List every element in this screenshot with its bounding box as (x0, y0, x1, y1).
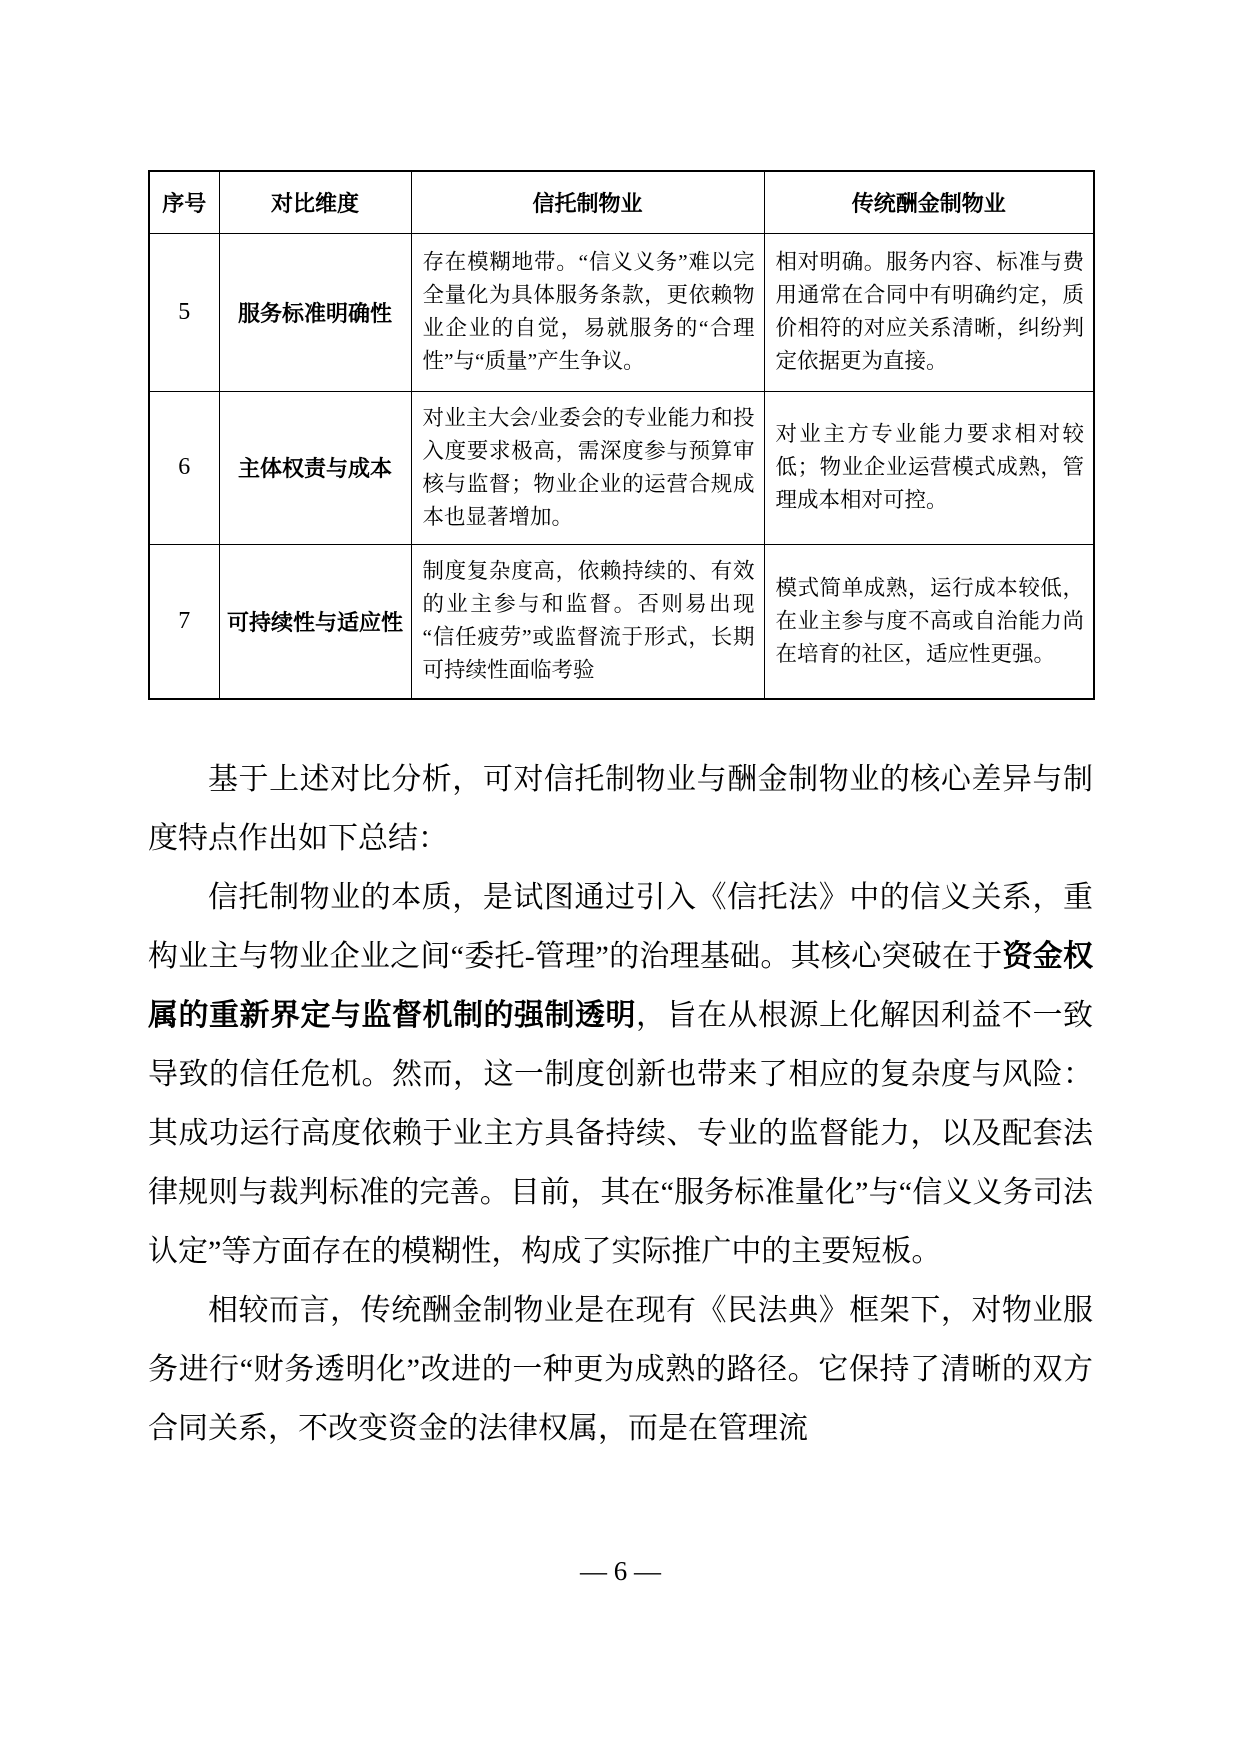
trust-property-analysis-paragraph: 信托制物业的本质，是试图通过引入《信托法》中的信义关系，重构业主与物业企业之间“… (148, 868, 1093, 1281)
table-row: 5 服务标准明确性 存在模糊地带。“信义义务”难以完全量化为具体服务条款，更依赖… (149, 233, 1094, 391)
header-comparison-dimension: 对比维度 (219, 171, 411, 233)
table-header-row: 序号 对比维度 信托制物业 传统酬金制物业 (149, 171, 1094, 233)
row-dimension: 可持续性与适应性 (219, 544, 411, 699)
row-dimension: 服务标准明确性 (219, 233, 411, 391)
summary-intro-paragraph: 基于上述对比分析，可对信托制物业与酬金制物业的核心差异与制度特点作出如下总结： (148, 750, 1093, 868)
page-number: — 6 — (0, 1556, 1241, 1587)
trust-cell: 对业主大会/业委会的专业能力和投入度要求极高，需深度参与预算审核与监督；物业企业… (411, 391, 764, 544)
row-dimension: 主体权责与成本 (219, 391, 411, 544)
header-trust-property: 信托制物业 (411, 171, 764, 233)
row-number: 5 (149, 233, 219, 391)
traditional-property-paragraph: 相较而言，传统酬金制物业是在现有《民法典》框架下，对物业服务进行“财务透明化”改… (148, 1281, 1093, 1458)
comparison-table: 序号 对比维度 信托制物业 传统酬金制物业 5 服务标准明确性 存在模糊地带。“… (148, 170, 1095, 700)
document-page: 序号 对比维度 信托制物业 传统酬金制物业 5 服务标准明确性 存在模糊地带。“… (0, 0, 1241, 1755)
header-traditional-property: 传统酬金制物业 (764, 171, 1094, 233)
body-text: 基于上述对比分析，可对信托制物业与酬金制物业的核心差异与制度特点作出如下总结： … (148, 750, 1093, 1458)
traditional-cell: 模式简单成熟，运行成本较低，在业主参与度不高或自治能力尚在培育的社区，适应性更强… (764, 544, 1094, 699)
table-row: 6 主体权责与成本 对业主大会/业委会的专业能力和投入度要求极高，需深度参与预算… (149, 391, 1094, 544)
table-row: 7 可持续性与适应性 制度复杂度高，依赖持续的、有效的业主参与和监督。否则易出现… (149, 544, 1094, 699)
traditional-cell: 对业主方专业能力要求相对较低；物业企业运营模式成熟，管理成本相对可控。 (764, 391, 1094, 544)
row-number: 6 (149, 391, 219, 544)
row-number: 7 (149, 544, 219, 699)
analysis-text-lead: 信托制物业的本质，是试图通过引入《信托法》中的信义关系，重构业主与物业企业之间“… (148, 881, 1093, 973)
trust-cell: 存在模糊地带。“信义义务”难以完全量化为具体服务条款，更依赖物业企业的自觉，易就… (411, 233, 764, 391)
analysis-text-tail: ，旨在从根源上化解因利益不一致导致的信任危机。然而，这一制度创新也带来了相应的复… (148, 999, 1093, 1268)
trust-cell: 制度复杂度高，依赖持续的、有效的业主参与和监督。否则易出现“信任疲劳”或监督流于… (411, 544, 764, 699)
header-serial-number: 序号 (149, 171, 219, 233)
traditional-cell: 相对明确。服务内容、标准与费用通常在合同中有明确约定，质价相符的对应关系清晰，纠… (764, 233, 1094, 391)
